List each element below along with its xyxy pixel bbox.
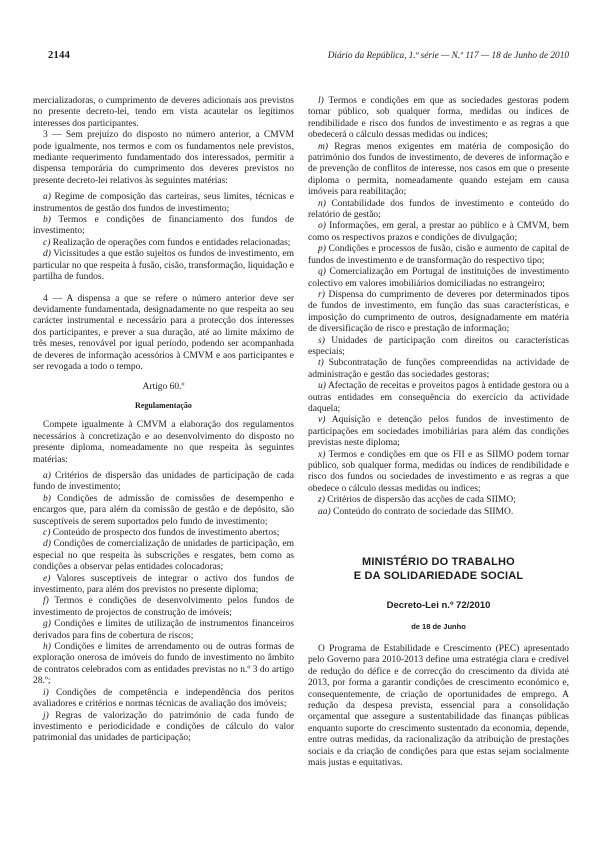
alinea-item: d) Condições de comercialização de unida… <box>33 539 294 573</box>
alinea-item: p) Condições e processos de fusão, cisão… <box>308 244 569 267</box>
alinea-letter: t) <box>318 358 324 368</box>
alinea-item: m) Regras menos exigentes em matéria de … <box>308 142 569 199</box>
alinea-letter: n) <box>318 199 326 209</box>
alinea-letter: a) <box>43 192 51 202</box>
alinea-text: Realização de operações com fundos e ent… <box>53 238 291 248</box>
alinea-letter: v) <box>318 415 325 425</box>
continuation-paragraph: mercializadoras, o cumprimento de devere… <box>33 96 294 130</box>
alinea-letter: a) <box>43 471 51 481</box>
alinea-letter: x) <box>318 450 325 460</box>
alinea-text: Termos e condições em que os FII e as SI… <box>308 450 569 494</box>
alinea-text: Subcontratação de funções compreendidas … <box>308 358 569 379</box>
alinea-letter: l) <box>318 96 324 106</box>
alinea-letter: g) <box>43 619 51 629</box>
alinea-item: z) Critérios de dispersão das acções de … <box>308 495 569 506</box>
alinea-letter: d) <box>43 249 51 259</box>
alinea-text: Critérios de dispersão das acções de cad… <box>327 495 516 505</box>
article-intro-paragraph: Compete igualmente à CMVM a elaboração d… <box>33 420 294 466</box>
decree-intro-paragraph: O Programa de Estabilidade e Crescimento… <box>308 644 569 769</box>
alinea-letter: s) <box>318 336 325 346</box>
alinea-letter: b) <box>43 494 51 504</box>
alinea-item: b) Termos e condições de financiamento d… <box>33 215 294 238</box>
alinea-letter: c) <box>43 528 50 538</box>
alinea-letter: m) <box>318 142 328 152</box>
alinea-item: c) Conteúdo de prospecto dos fundos de i… <box>33 528 294 539</box>
alinea-letter: aa) <box>318 507 331 517</box>
alinea-item: t) Subcontratação de funções compreendid… <box>308 358 569 381</box>
alinea-letter: e) <box>43 574 50 584</box>
page-number: 2144 <box>48 50 70 61</box>
alinea-text: Comercialização em Portugal de instituiç… <box>308 267 569 288</box>
alinea-item: e) Valores susceptíveis de integrar o ac… <box>33 574 294 597</box>
alinea-item: h) Condições e limites de arrendamento o… <box>33 642 294 688</box>
alinea-text: Aquisição e detenção pelos fundos de inv… <box>308 415 569 448</box>
gazette-page: 2144 Diário da República, 1.ª série — N.… <box>0 0 600 850</box>
two-column-layout: mercializadoras, o cumprimento de devere… <box>33 96 569 770</box>
alinea-list-l-to-aa: l) Termos e condições em que as sociedad… <box>308 96 569 518</box>
left-column: mercializadoras, o cumprimento de devere… <box>33 96 294 770</box>
alinea-item: o) Informações, em geral, a prestar ao p… <box>308 221 569 244</box>
alinea-letter: f) <box>43 596 49 606</box>
alinea-text: Conteúdo de prospecto dos fundos de inve… <box>53 528 280 538</box>
alinea-text: Vicissitudes a que estão sujeitos os fun… <box>33 249 294 282</box>
alinea-letter: p) <box>318 244 326 254</box>
page-header: 2144 Diário da República, 1.ª série — N.… <box>48 50 569 61</box>
alinea-text: Contabilidade dos fundos de investimento… <box>308 199 569 220</box>
alinea-item: j) Regras de valorização do património d… <box>33 711 294 745</box>
alinea-letter: d) <box>43 539 51 549</box>
right-column: l) Termos e condições em que as sociedad… <box>308 96 569 770</box>
alinea-list-a-to-j: a) Critérios de dispersão das unidades d… <box>33 471 294 745</box>
alinea-letter: q) <box>318 267 326 277</box>
alinea-text: Condições e limites de arrendamento ou d… <box>33 642 294 686</box>
alinea-letter: c) <box>43 238 50 248</box>
alinea-item: r) Dispensa do cumprimento de deveres po… <box>308 290 569 336</box>
alinea-item: f) Termos e condições de desenvolvimento… <box>33 596 294 619</box>
alinea-item: c) Realização de operações com fundos e … <box>33 238 294 249</box>
alinea-letter: j) <box>43 711 49 721</box>
alinea-text: Afectação de receitas e proveitos pagos … <box>308 381 569 414</box>
alinea-letter: z) <box>318 495 325 505</box>
alinea-text: Condições de competência e independência… <box>33 688 294 709</box>
alinea-item: l) Termos e condições em que as sociedad… <box>308 96 569 142</box>
alinea-item: aa) Conteúdo do contrato de sociedade da… <box>308 507 569 518</box>
paragraph-number-3: 3 — Sem prejuízo do disposto no número a… <box>33 130 294 187</box>
alinea-item: g) Condições e limites de utilização de … <box>33 619 294 642</box>
paragraph-number-4: 4 — A dispensa a que se refere o número … <box>33 294 294 374</box>
journal-title-line: Diário da República, 1.ª série — N.º 117… <box>328 51 569 61</box>
alinea-letter: o) <box>318 221 326 231</box>
alinea-item: u) Afectação de receitas e proveitos pag… <box>308 381 569 415</box>
alinea-text: Termos e condições em que as sociedades … <box>308 96 569 140</box>
decree-law-date: de 18 de Junho <box>308 622 569 631</box>
ministry-name-line2: E DA SOLIDARIEDADE SOCIAL <box>354 570 524 582</box>
alinea-item: v) Aquisição e detenção pelos fundos de … <box>308 415 569 449</box>
alinea-letter: i) <box>43 688 49 698</box>
ministry-name-line1: MINISTÉRIO DO TRABALHO <box>362 556 515 568</box>
alinea-letter: r) <box>318 290 325 300</box>
alinea-text: Informações, em geral, a prestar ao públ… <box>308 221 569 242</box>
alinea-text: Termos e condições de financiamento dos … <box>33 215 294 236</box>
alinea-text: Termos e condições de desenvolvimento pe… <box>33 596 294 617</box>
alinea-text: Condições de admissão de comissões de de… <box>33 494 294 527</box>
article-number-heading: Artigo 60.º <box>33 382 294 392</box>
alinea-letter: u) <box>318 381 326 391</box>
alinea-item: q) Comercialização em Portugal de instit… <box>308 267 569 290</box>
alinea-item: a) Critérios de dispersão das unidades d… <box>33 471 294 494</box>
alinea-text: Critérios de dispersão das unidades de p… <box>33 471 294 492</box>
alinea-item: b) Condições de admissão de comissões de… <box>33 494 294 528</box>
alinea-letter: h) <box>43 642 51 652</box>
alinea-text: Valores susceptíveis de integrar o activ… <box>33 574 294 595</box>
alinea-text: Regras de valorização do património de c… <box>33 711 294 744</box>
alinea-text: Unidades de participação com direitos ou… <box>308 336 569 357</box>
alinea-item: a) Regime de composição das carteiras, s… <box>33 192 294 215</box>
alinea-text: Regras menos exigentes em matéria de com… <box>308 142 569 198</box>
decree-law-title: Decreto-Lei n.º 72/2010 <box>308 600 569 611</box>
ministry-heading: MINISTÉRIO DO TRABALHOE DA SOLIDARIEDADE… <box>308 556 569 583</box>
alinea-item: s) Unidades de participação com direitos… <box>308 336 569 359</box>
alinea-text: Condições e limites de utilização de ins… <box>33 619 294 640</box>
alinea-item: n) Contabilidade dos fundos de investime… <box>308 199 569 222</box>
article-title-heading: Regulamentação <box>33 401 294 410</box>
alinea-text: Conteúdo do contrato de sociedade das SI… <box>333 507 513 517</box>
alinea-text: Condições e processos de fusão, cisão e … <box>308 244 569 265</box>
alinea-item: i) Condições de competência e independên… <box>33 688 294 711</box>
alinea-item: x) Termos e condições em que os FII e as… <box>308 450 569 496</box>
alinea-item: d) Vicissitudes a que estão sujeitos os … <box>33 249 294 283</box>
alinea-text: Regime de composição das carteiras, seus… <box>33 192 294 213</box>
alinea-text: Condições de comercialização de unidades… <box>33 539 294 572</box>
alinea-list-a-to-d: a) Regime de composição das carteiras, s… <box>33 192 294 283</box>
alinea-letter: b) <box>43 215 51 225</box>
alinea-text: Dispensa do cumprimento de deveres por d… <box>308 290 569 334</box>
